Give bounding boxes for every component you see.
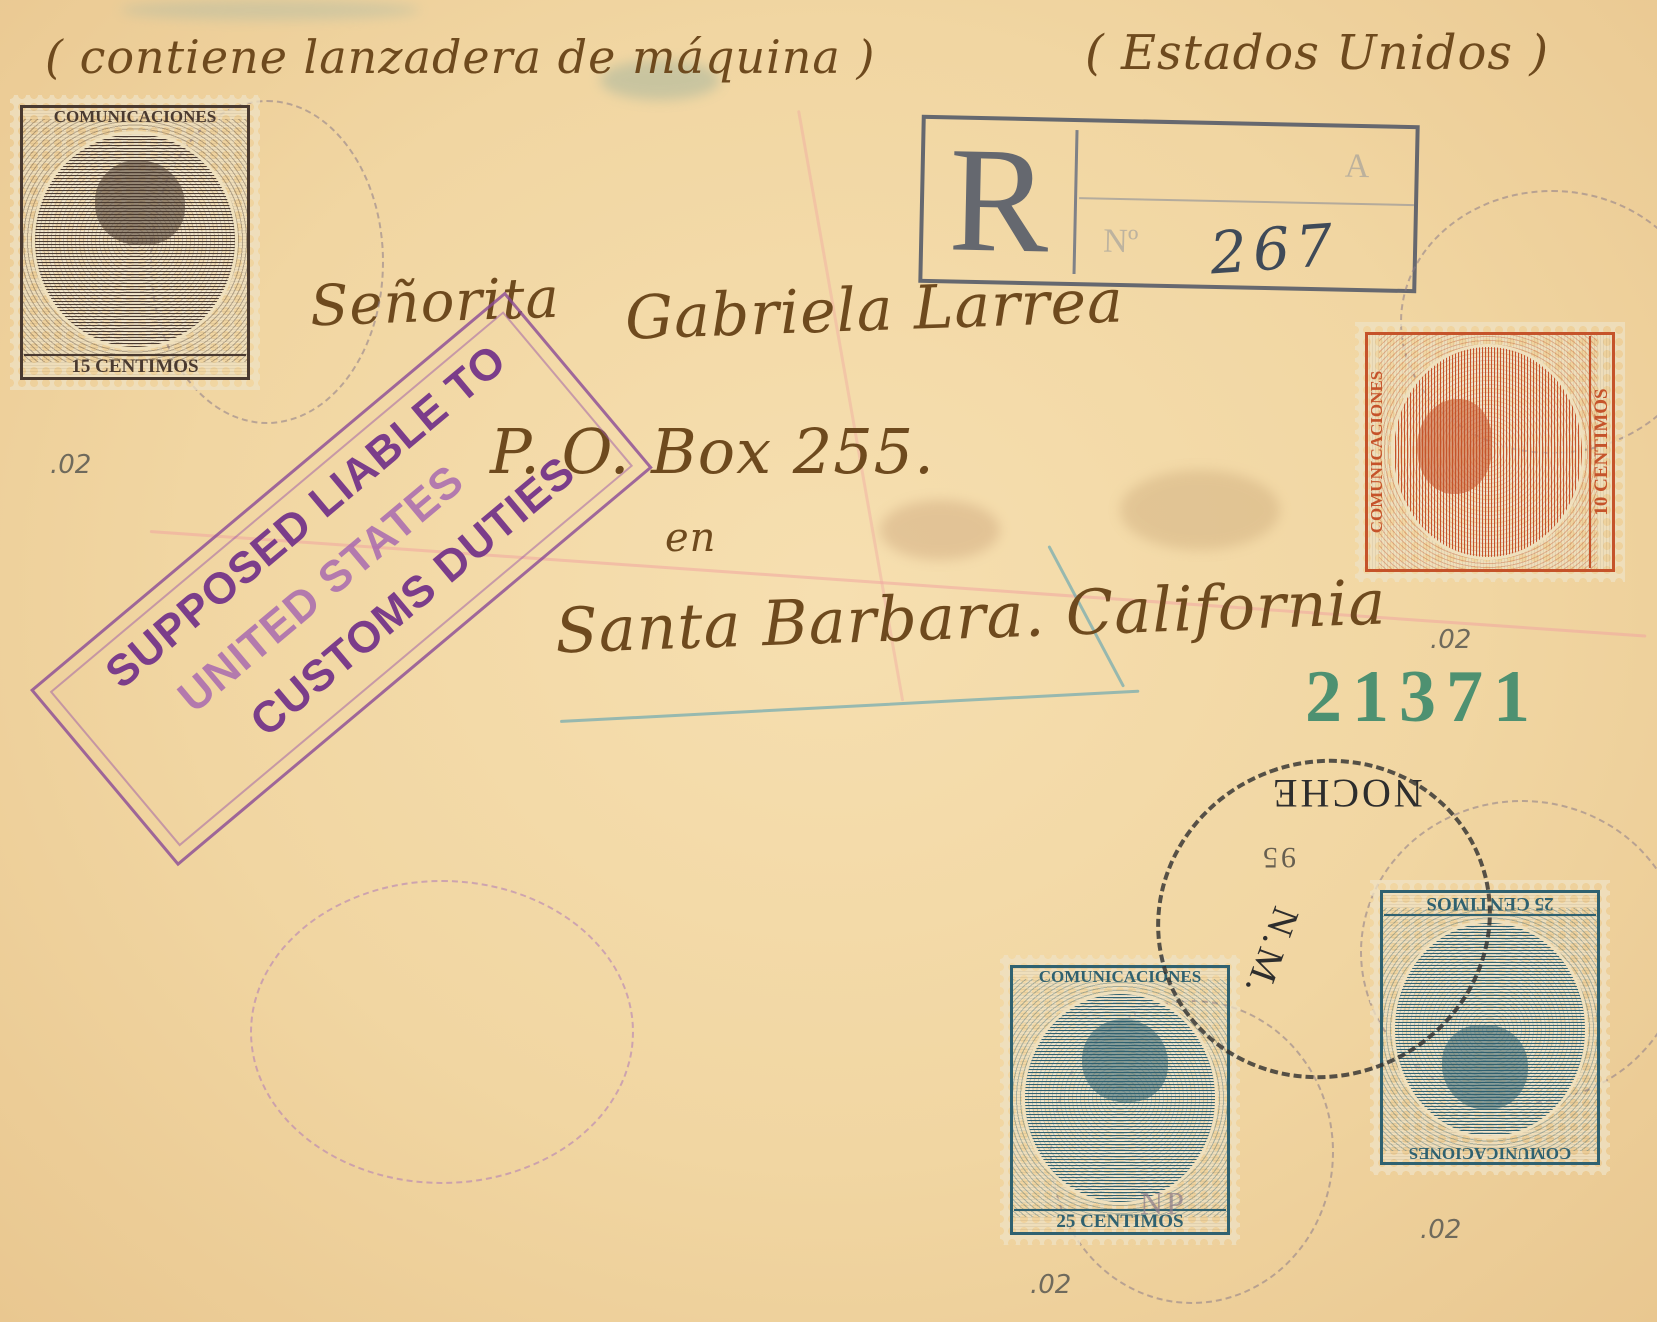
stamp-15-centimos: COMUNICACIONES 15 CENTIMOS <box>10 95 260 390</box>
stamp-10-centimos-wrap: COMUNICACIONES 10 CENTIMOS <box>1350 322 1630 582</box>
note-contents: ( contiene lanzadera de máquina ) <box>45 30 875 84</box>
registration-letter: R <box>948 129 1051 271</box>
pencil-mark: .02 <box>50 450 91 480</box>
stain <box>1120 470 1280 550</box>
stamp-label: COMUNICACIONES <box>1374 1143 1606 1163</box>
postmark-date: 95 <box>1260 840 1296 874</box>
stamp-label: COMUNICACIONES <box>14 107 256 127</box>
stamp-label: COMUNICACIONES <box>1367 326 1387 578</box>
stamp-value: 15 CENTIMOS <box>24 354 246 378</box>
portrait <box>1082 1019 1168 1102</box>
note-destination: ( Estados Unidos ) <box>1085 25 1549 81</box>
address-en: en <box>665 515 716 561</box>
postmark-text: NOCHE <box>1270 770 1423 817</box>
registration-handstamp: R A Nº <box>918 115 1419 293</box>
registration-number: 267 <box>1208 211 1341 288</box>
portrait <box>95 160 185 245</box>
registration-faint-text: A <box>1344 148 1369 187</box>
ink-stain <box>120 0 420 20</box>
reference-number: 21371 <box>1305 655 1540 740</box>
stamp-value: 25 CENTIMOS <box>1014 1209 1226 1233</box>
registration-faint-text: Nº <box>1103 223 1139 262</box>
envelope-cover: ( contiene lanzadera de máquina ) ( Esta… <box>0 0 1657 1322</box>
faint-violet-mark <box>250 880 634 1184</box>
stamp-value: 10 CENTIMOS <box>1589 336 1613 568</box>
stamp-10-centimos: COMUNICACIONES 10 CENTIMOS <box>1355 322 1625 582</box>
divider <box>1079 197 1414 206</box>
stain <box>880 500 1000 560</box>
pencil-mark: .02 <box>1430 625 1471 655</box>
portrait <box>1417 400 1492 495</box>
postmark-faint-text: NP <box>1140 1185 1187 1222</box>
blue-crayon-line <box>560 690 1139 723</box>
divider <box>1073 130 1079 274</box>
portrait <box>1443 1025 1529 1110</box>
address-city: Santa Barbara. California <box>554 566 1388 668</box>
pencil-mark: .02 <box>1030 1270 1071 1300</box>
pencil-mark: .02 <box>1420 1215 1461 1245</box>
